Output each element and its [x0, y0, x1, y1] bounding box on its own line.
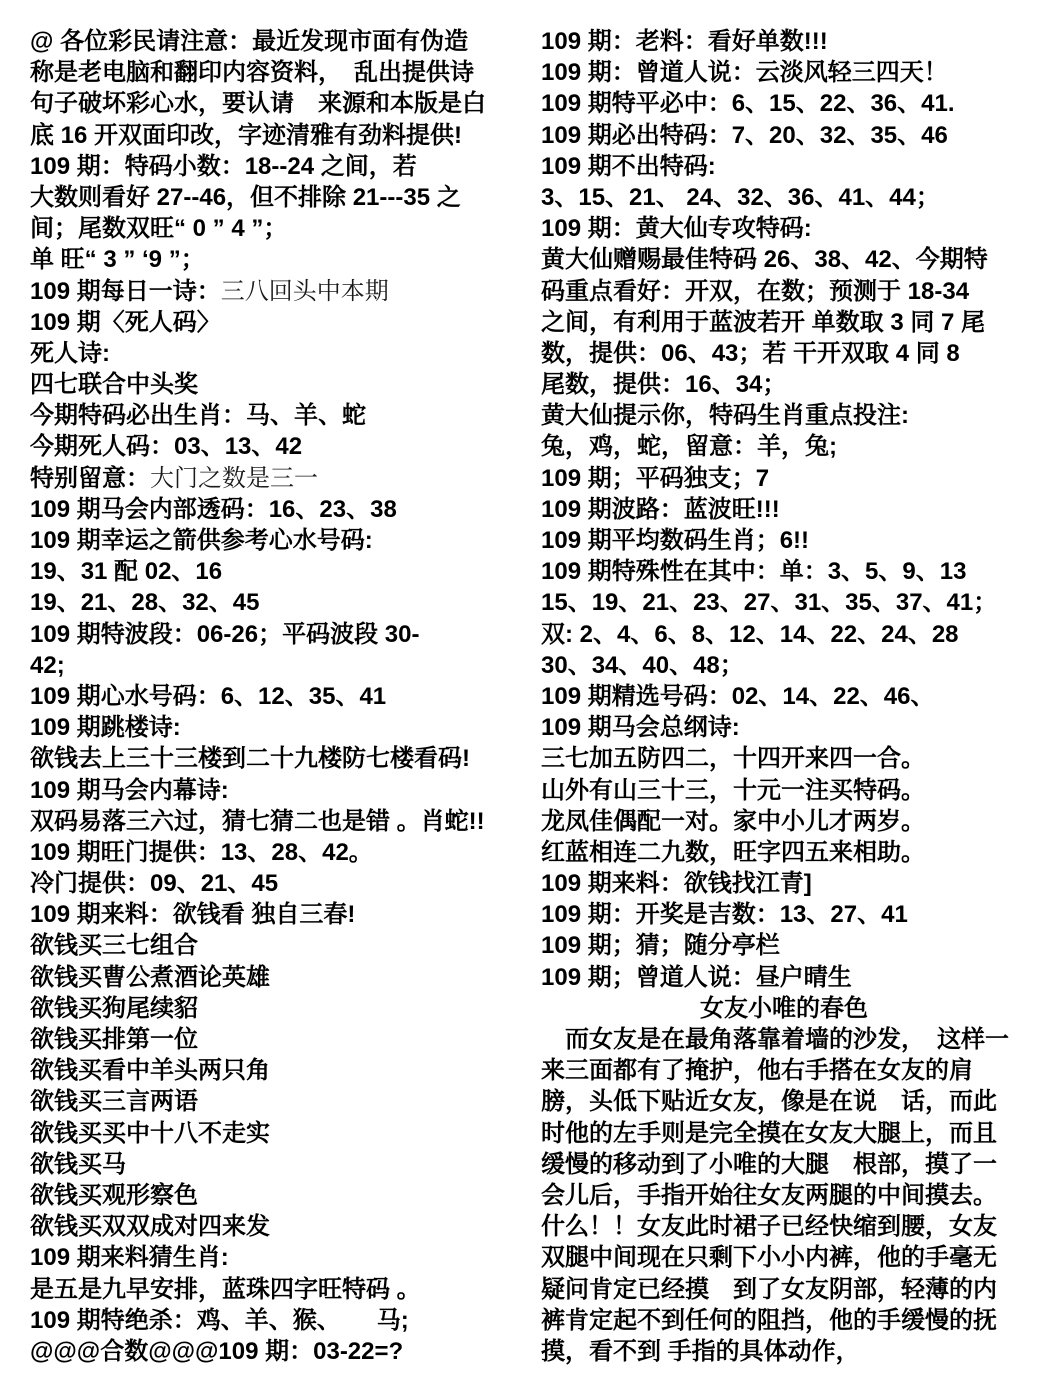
text-segment: 女友小唯的春色 — [700, 995, 868, 1022]
text-segment: 黄大仙提示你，特码生肖重点投注: — [541, 402, 909, 429]
text-line: 109 期来料：欲钱找江青] — [541, 868, 1027, 899]
text-segment: 欲钱买马 — [30, 1151, 126, 1178]
text-line: 109 期每日一诗：三八回头中本期 — [30, 276, 528, 307]
text-segment: 欲钱买看中羊头两只角 — [30, 1057, 270, 1084]
text-segment: 是五是九早安排，蓝珠四字旺特码 。 — [30, 1276, 421, 1303]
text-line: 摸，看不到 手指的具体动作， — [541, 1336, 1027, 1367]
text-segment: 来三面都有了掩护，他右手搭在女友的肩 — [541, 1057, 973, 1084]
text-segment: 欲钱买买中十八不走实 — [30, 1120, 270, 1147]
text-segment: 109 期：开奖是吉数：13、27、41 — [541, 901, 908, 928]
text-segment: 欲钱买观形察色 — [30, 1182, 198, 1209]
text-segment: 数，提供：06、43；若 干开双取 4 同 8 — [541, 340, 960, 367]
text-line: 尾数，提供：16、34； — [541, 369, 1027, 400]
text-segment: 109 期；猜；随分亭栏 — [541, 932, 780, 959]
text-line: 码重点看好：开双，在数；预测于 18-34 — [541, 276, 1027, 307]
text-line: 称是老电脑和翻印内容资料， 乱出提供诗 — [30, 57, 528, 88]
text-line: 会儿后，手指开始往女友两腿的中间摸去。 — [541, 1180, 1027, 1211]
text-line: 109 期〈死人码〉 — [30, 307, 528, 338]
serif-text-segment: 大门之数是三一 — [150, 466, 318, 492]
text-line: 红蓝相连二九数，旺字四五来相助。 — [541, 837, 1027, 868]
text-line: 冷门提供：09、21、45 — [30, 868, 528, 899]
text-segment: 欲钱去上三十三楼到二十九楼防七楼看码! — [30, 745, 470, 772]
text-segment: 裤肯定起不到任何的阻挡，他的手缓慢的抚 — [541, 1307, 997, 1334]
text-line: 兔，鸡，蛇，留意：羊，兔; — [541, 431, 1027, 462]
text-line: 今期死人码：03、13、42 — [30, 431, 528, 462]
text-line: 黄大仙赠赐最佳特码 26、38、42、今期特 — [541, 244, 1027, 275]
text-segment: 欲钱买三言两语 — [30, 1088, 198, 1115]
text-line: 双码易落三六过，猜七猜二也是错 。肖蛇!! — [30, 806, 528, 837]
text-segment: 红蓝相连二九数，旺字四五来相助。 — [541, 839, 925, 866]
text-line: 欲钱买看中羊头两只角 — [30, 1055, 528, 1086]
text-line: 42; — [30, 650, 528, 681]
text-segment: 称是老电脑和翻印内容资料， 乱出提供诗 — [30, 59, 474, 86]
text-segment: 兔，鸡，蛇，留意：羊，兔; — [541, 433, 837, 460]
text-line: 30、34、40、48； — [541, 650, 1027, 681]
text-segment: 三七加五防四二，十四开来四一合。 — [541, 745, 925, 772]
text-line: 缓慢的移动到了小唯的大腿 根部，摸了一 — [541, 1149, 1027, 1180]
text-line: 欲钱买三七组合 — [30, 930, 528, 961]
text-line: 来三面都有了掩护，他右手搭在女友的肩 — [541, 1055, 1027, 1086]
text-line: 山外有山三十三，十元一注买特码。 — [541, 775, 1027, 806]
text-segment: 间；尾数双旺“ 0 ” 4 ”； — [30, 215, 287, 242]
text-line: 109 期特殊性在其中：单：3、5、9、13 — [541, 556, 1027, 587]
text-line: 109 期心水号码：6、12、35、41 — [30, 681, 528, 712]
right-text-column: 109 期：老料：看好单数!!!109 期：曾道人说：云淡风轻三四天！109 期… — [541, 26, 1027, 1367]
text-segment: 15、19、21、23、27、31、35、37、41； — [541, 589, 997, 616]
serif-text-segment: 三八回头中本期 — [221, 279, 389, 305]
text-segment: 109 期精选号码：02、14、22、46、 — [541, 683, 935, 710]
text-segment: 欲钱买三七组合 — [30, 932, 198, 959]
text-line: 109 期来料：欲钱看 独自三春! — [30, 899, 528, 930]
text-line: 膀，头低下贴近女友，像是在说 话，而此 — [541, 1086, 1027, 1117]
text-line: 109 期特平必中：6、15、22、36、41. — [541, 88, 1027, 119]
text-line: 109 期马会总纲诗: — [541, 712, 1027, 743]
text-segment: 尾数，提供：16、34； — [541, 371, 786, 398]
text-line: 109 期波路：蓝波旺!!! — [541, 494, 1027, 525]
text-segment: 欲钱买曹公煮酒论英雄 — [30, 964, 270, 991]
text-segment: 19、31 配 02、16 — [30, 558, 222, 585]
text-segment: 死人诗: — [30, 340, 110, 367]
text-line: 时他的左手则是完全摸在女友大腿上，而且 — [541, 1118, 1027, 1149]
text-line: 欲钱买狗尾续貂 — [30, 993, 528, 1024]
text-line: 19、21、28、32、45 — [30, 587, 528, 618]
text-line: 双腿中间现在只剩下小小内裤，他的手毫无 — [541, 1242, 1027, 1273]
text-line: 之间，有利用于蓝波若开 单数取 3 同 7 尾 — [541, 307, 1027, 338]
text-line: 双: 2、4、6、8、12、14、22、24、28 — [541, 619, 1027, 650]
text-line: 欲钱去上三十三楼到二十九楼防七楼看码! — [30, 743, 528, 774]
text-line: @@@合数@@@109 期：03-22=? — [30, 1336, 528, 1367]
text-segment: 109 期特殊性在其中：单：3、5、9、13 — [541, 558, 966, 585]
text-line: 109 期跳楼诗: — [30, 712, 528, 743]
text-line: 欲钱买马 — [30, 1149, 528, 1180]
text-segment: 42; — [30, 652, 65, 679]
text-line: 欲钱买排第一位 — [30, 1024, 528, 1055]
text-line: 女友小唯的春色 — [541, 993, 1027, 1024]
text-line: 109 期：特码小数：18--24 之间，若 — [30, 151, 528, 182]
text-line: 109 期：曾道人说：云淡风轻三四天！ — [541, 57, 1027, 88]
text-segment: 109 期特绝杀：鸡、羊、猴、 马; — [30, 1307, 409, 1334]
left-text-column: @ 各位彩民请注意：最近发现市面有伪造称是老电脑和翻印内容资料， 乱出提供诗句子… — [30, 26, 528, 1367]
text-segment: 摸，看不到 手指的具体动作， — [541, 1338, 860, 1365]
text-segment: 109 期马会内部透码：16、23、38 — [30, 496, 397, 523]
text-segment: 3、15、21、 24、32、36、41、44； — [541, 184, 940, 211]
text-segment: 双: 2、4、6、8、12、14、22、24、28 — [541, 621, 959, 648]
text-segment: 双腿中间现在只剩下小小内裤，他的手毫无 — [541, 1244, 997, 1271]
text-segment: 句子破坏彩心水，要认请 来源和本版是白 — [30, 90, 486, 117]
text-segment: 109 期每日一诗： — [30, 278, 221, 305]
text-line: 15、19、21、23、27、31、35、37、41； — [541, 587, 1027, 618]
text-line: 今期特码必出生肖：马、羊、蛇 — [30, 400, 528, 431]
text-line: 句子破坏彩心水，要认请 来源和本版是白 — [30, 88, 528, 119]
text-line: @ 各位彩民请注意：最近发现市面有伪造 — [30, 26, 528, 57]
text-segment: 109 期来料：欲钱找江青] — [541, 870, 812, 897]
text-segment: 大数则看好 27--46，但不排除 21---35 之 — [30, 184, 461, 211]
text-segment: 109 期马会内幕诗: — [30, 777, 229, 804]
text-line: 109 期旺门提供：13、28、42。 — [30, 837, 528, 868]
text-line: 109 期：开奖是吉数：13、27、41 — [541, 899, 1027, 930]
text-segment: 冷门提供：09、21、45 — [30, 870, 278, 897]
text-segment: 109 期跳楼诗: — [30, 714, 181, 741]
text-segment: 单 旺“ 3 ” ‘9 ”； — [30, 246, 205, 273]
text-line: 109 期：老料：看好单数!!! — [541, 26, 1027, 57]
text-line: 欲钱买曹公煮酒论英雄 — [30, 962, 528, 993]
text-line: 3、15、21、 24、32、36、41、44； — [541, 182, 1027, 213]
text-segment: 今期死人码：03、13、42 — [30, 433, 302, 460]
text-line: 大数则看好 27--46，但不排除 21---35 之 — [30, 182, 528, 213]
text-segment: 19、21、28、32、45 — [30, 589, 259, 616]
text-line: 是五是九早安排，蓝珠四字旺特码 。 — [30, 1274, 528, 1305]
text-segment: 30、34、40、48； — [541, 652, 744, 679]
text-line: 底 16 开双面印改，字迹清雅有劲料提供! — [30, 120, 528, 151]
text-segment: 109 期平均数码生肖；6!! — [541, 527, 809, 554]
text-segment: 而女友是在最角落靠着墙的沙发， 这样一 — [541, 1026, 1009, 1053]
text-segment: 109 期；曾道人说：昼户晴生 — [541, 964, 852, 991]
text-segment: 黄大仙赠赐最佳特码 26、38、42、今期特 — [541, 246, 988, 273]
text-line: 109 期平均数码生肖；6!! — [541, 525, 1027, 556]
text-segment: 109 期特波段：06-26；平码波段 30- — [30, 621, 419, 648]
text-segment: 109 期不出特码: — [541, 153, 716, 180]
text-segment: 109 期旺门提供：13、28、42。 — [30, 839, 373, 866]
text-segment: 欲钱买双双成对四来发 — [30, 1213, 270, 1240]
text-line: 四七联合中头奖 — [30, 369, 528, 400]
text-line: 109 期不出特码: — [541, 151, 1027, 182]
text-segment: 什么！！女友此时裙子已经快缩到腰，女友 — [541, 1213, 997, 1240]
text-line: 109 期特绝杀：鸡、羊、猴、 马; — [30, 1305, 528, 1336]
text-segment: 特别留意： — [30, 465, 150, 492]
text-line: 特别留意：大门之数是三一 — [30, 463, 528, 494]
text-line: 间；尾数双旺“ 0 ” 4 ”； — [30, 213, 528, 244]
text-line: 欲钱买三言两语 — [30, 1086, 528, 1117]
text-segment: 109 期：老料：看好单数!!! — [541, 28, 828, 55]
text-line: 欲钱买观形察色 — [30, 1180, 528, 1211]
text-line: 109 期；曾道人说：昼户晴生 — [541, 962, 1027, 993]
text-segment: 109 期：黄大仙专攻特码: — [541, 215, 812, 242]
text-line: 数，提供：06、43；若 干开双取 4 同 8 — [541, 338, 1027, 369]
text-segment: 109 期必出特码：7、20、32、35、46 — [541, 122, 948, 149]
text-segment: 109 期来料猜生肖: — [30, 1244, 229, 1271]
text-segment: 109 期：特码小数：18--24 之间，若 — [30, 153, 417, 180]
text-line: 109 期马会内幕诗: — [30, 775, 528, 806]
text-segment: 龙凤佳偶配一对。家中小儿才两岁。 — [541, 808, 925, 835]
text-line: 单 旺“ 3 ” ‘9 ”； — [30, 244, 528, 275]
text-line: 109 期特波段：06-26；平码波段 30- — [30, 619, 528, 650]
text-segment: 双码易落三六过，猜七猜二也是错 。肖蛇!! — [30, 808, 485, 835]
text-segment: 膀，头低下贴近女友，像是在说 话，而此 — [541, 1088, 997, 1115]
text-line: 裤肯定起不到任何的阻挡，他的手缓慢的抚 — [541, 1305, 1027, 1336]
text-segment: 109 期特平必中：6、15、22、36、41. — [541, 90, 955, 117]
text-line: 109 期幸运之箭供参考心水号码: — [30, 525, 528, 556]
text-line: 三七加五防四二，十四开来四一合。 — [541, 743, 1027, 774]
text-segment: 109 期来料：欲钱看 独自三春! — [30, 901, 355, 928]
text-line: 109 期精选号码：02、14、22、46、 — [541, 681, 1027, 712]
text-segment: 时他的左手则是完全摸在女友大腿上，而且 — [541, 1120, 997, 1147]
text-line: 109 期来料猜生肖: — [30, 1242, 528, 1273]
text-segment: 缓慢的移动到了小唯的大腿 根部，摸了一 — [541, 1151, 997, 1178]
text-line: 龙凤佳偶配一对。家中小儿才两岁。 — [541, 806, 1027, 837]
text-segment: @@@合数@@@109 期：03-22=? — [30, 1338, 403, 1365]
text-line: 109 期；猜；随分亭栏 — [541, 930, 1027, 961]
text-segment: 109 期幸运之箭供参考心水号码: — [30, 527, 373, 554]
text-segment: 109 期：曾道人说：云淡风轻三四天！ — [541, 59, 948, 86]
text-segment: 今期特码必出生肖：马、羊、蛇 — [30, 402, 366, 429]
text-segment: 四七联合中头奖 — [30, 371, 198, 398]
text-line: 什么！！女友此时裙子已经快缩到腰，女友 — [541, 1211, 1027, 1242]
text-segment: 欲钱买排第一位 — [30, 1026, 198, 1053]
text-segment: 之间，有利用于蓝波若开 单数取 3 同 7 尾 — [541, 309, 985, 336]
text-line: 而女友是在最角落靠着墙的沙发， 这样一 — [541, 1024, 1027, 1055]
text-segment: @ 各位彩民请注意：最近发现市面有伪造 — [30, 28, 468, 55]
text-line: 欲钱买买中十八不走实 — [30, 1118, 528, 1149]
text-line: 死人诗: — [30, 338, 528, 369]
text-line: 109 期马会内部透码：16、23、38 — [30, 494, 528, 525]
text-segment: 底 16 开双面印改，字迹清雅有劲料提供! — [30, 122, 462, 149]
text-line: 疑问肯定已经摸 到了女友阴部，轻薄的内 — [541, 1274, 1027, 1305]
text-line: 黄大仙提示你，特码生肖重点投注: — [541, 400, 1027, 431]
text-segment: 疑问肯定已经摸 到了女友阴部，轻薄的内 — [541, 1276, 997, 1303]
text-segment: 109 期马会总纲诗: — [541, 714, 740, 741]
text-line: 109 期必出特码：7、20、32、35、46 — [541, 120, 1027, 151]
document-page: @ 各位彩民请注意：最近发现市面有伪造称是老电脑和翻印内容资料， 乱出提供诗句子… — [0, 0, 1041, 1388]
text-segment: 109 期〈死人码〉 — [30, 309, 221, 336]
text-segment: 109 期波路：蓝波旺!!! — [541, 496, 780, 523]
text-segment: 会儿后，手指开始往女友两腿的中间摸去。 — [541, 1182, 997, 1209]
text-segment: 109 期心水号码：6、12、35、41 — [30, 683, 386, 710]
text-line: 19、31 配 02、16 — [30, 556, 528, 587]
text-segment: 欲钱买狗尾续貂 — [30, 995, 198, 1022]
text-segment: 码重点看好：开双，在数；预测于 18-34 — [541, 278, 969, 305]
text-line: 109 期：黄大仙专攻特码: — [541, 213, 1027, 244]
text-line: 欲钱买双双成对四来发 — [30, 1211, 528, 1242]
text-segment: 109 期；平码独支；7 — [541, 465, 769, 492]
text-segment: 山外有山三十三，十元一注买特码。 — [541, 777, 925, 804]
text-line: 109 期；平码独支；7 — [541, 463, 1027, 494]
